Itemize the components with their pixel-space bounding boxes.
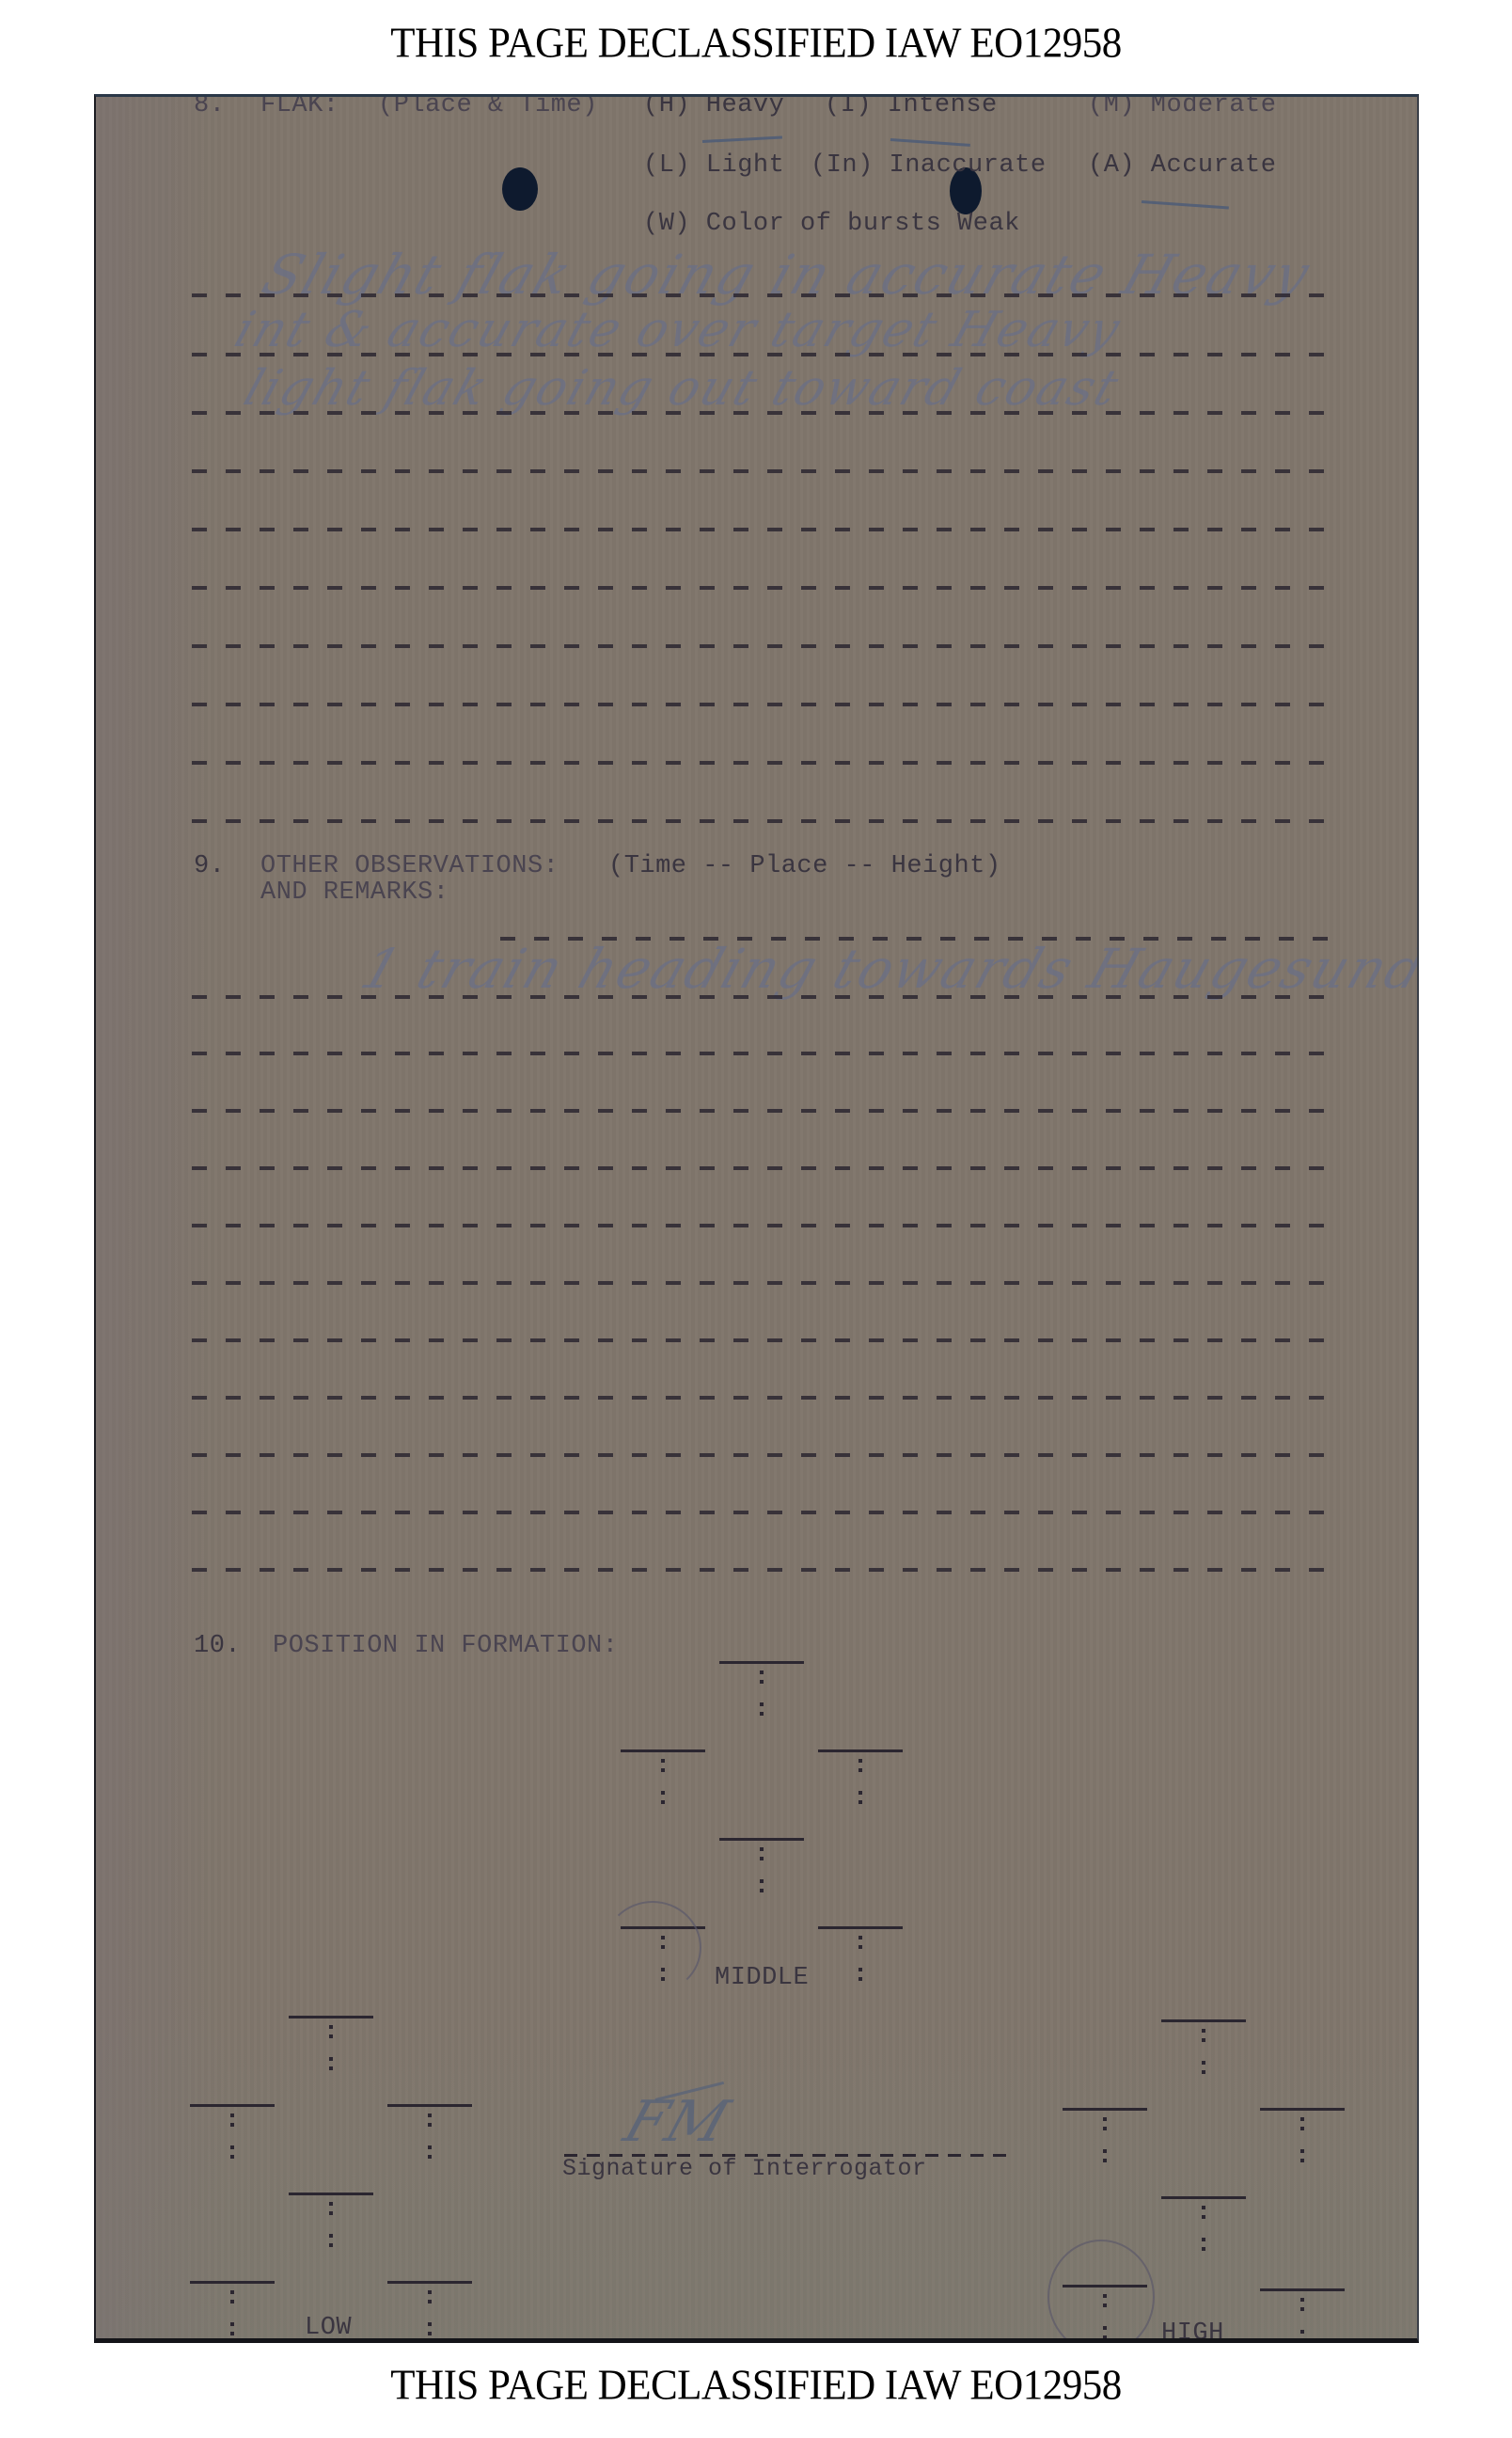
interrogation-form-page: 8. FLAK: (Place & Time) (H) Heavy (I) In… xyxy=(94,94,1419,2343)
flak-entry-line xyxy=(192,293,1333,297)
selection-underline-heavy xyxy=(702,136,782,143)
flak-option-color-weak: (W) Color of bursts Weak xyxy=(643,210,1020,238)
remarks-entry-line xyxy=(192,1453,1333,1457)
position-circle-mark xyxy=(604,1901,701,1994)
section-8-number: 8. xyxy=(194,94,225,119)
flak-entry-line xyxy=(192,761,1333,765)
formation-position-middle-left xyxy=(621,1749,705,1825)
section-9-params: (Time -- Place -- Height) xyxy=(608,852,1001,880)
formation-position-middle-right xyxy=(818,1749,903,1825)
formation-position-low-right xyxy=(387,2104,472,2179)
remarks-entry-line xyxy=(192,1052,1333,1055)
flak-entry-line xyxy=(192,586,1333,590)
group-label-middle: MIDDLE xyxy=(715,1964,809,1992)
formation-position-low-low-left xyxy=(190,2281,275,2343)
signature-label: Signature of Interrogator xyxy=(562,2155,927,2182)
formation-position-middle-low-right xyxy=(818,1926,903,2002)
selection-underline-accurate xyxy=(1142,200,1229,209)
section-8-label: FLAK: xyxy=(260,94,339,119)
remarks-entry-line xyxy=(192,1281,1333,1285)
flak-option-inaccurate: (In) Inaccurate xyxy=(811,151,1047,180)
flak-entry-line xyxy=(192,703,1333,706)
flak-option-heavy: (H) Heavy xyxy=(643,94,784,119)
group-label-low: LOW xyxy=(305,2314,352,2342)
section-10-number: 10. xyxy=(194,1632,241,1660)
formation-position-high-left xyxy=(1063,2108,1147,2183)
declassified-banner-top: THIS PAGE DECLASSIFIED IAW EO12958 xyxy=(0,20,1512,68)
handwritten-flak-line-3: light flak going out toward coast xyxy=(237,360,1126,417)
flak-entry-line xyxy=(192,353,1333,356)
flak-entry-line xyxy=(192,819,1333,823)
remarks-entry-line xyxy=(192,1568,1333,1572)
section-9-number: 9. xyxy=(194,852,225,880)
flak-option-light: (L) Light xyxy=(643,151,784,180)
formation-position-high-slot xyxy=(1161,2196,1246,2272)
punch-hole xyxy=(502,167,538,211)
section-9-label: OTHER OBSERVATIONS: xyxy=(260,852,559,880)
flak-option-moderate: (M) Moderate xyxy=(1088,94,1276,119)
position-circle-mark xyxy=(1047,2240,1155,2343)
formation-position-low-lead xyxy=(289,2016,373,2091)
formation-position-low-low-right xyxy=(387,2281,472,2343)
handwritten-remarks-line-1: 1 train heading towards Haugesund xyxy=(354,937,1419,1001)
remarks-entry-line xyxy=(192,1224,1333,1227)
flak-entry-line xyxy=(192,469,1333,473)
remarks-entry-line xyxy=(192,995,1333,999)
formation-position-high-low-right xyxy=(1260,2288,1345,2343)
formation-position-middle-lead xyxy=(719,1661,804,1736)
formation-position-low-slot xyxy=(289,2193,373,2268)
formation-position-middle-slot xyxy=(719,1838,804,1913)
section-9-label-line-2: AND REMARKS: xyxy=(260,879,449,907)
flak-entry-line xyxy=(192,528,1333,531)
interrogator-initials: FM xyxy=(617,2089,739,2155)
remarks-entry-line xyxy=(192,1109,1333,1113)
group-label-high: HIGH xyxy=(1161,2319,1224,2343)
formation-position-low-left xyxy=(190,2104,275,2179)
formation-position-high-right xyxy=(1260,2108,1345,2183)
flak-entry-line xyxy=(192,644,1333,648)
handwritten-flak-line-2: int & accurate over target Heavy xyxy=(228,302,1128,358)
flak-option-accurate: (A) Accurate xyxy=(1088,151,1276,180)
remarks-entry-line xyxy=(192,1338,1333,1342)
section-10-label: POSITION IN FORMATION: xyxy=(273,1632,618,1660)
remarks-entry-line xyxy=(192,1511,1333,1514)
remarks-entry-line xyxy=(192,1166,1333,1170)
section-8-place-time: (Place & Time) xyxy=(378,94,598,119)
formation-position-high-lead xyxy=(1161,2019,1246,2095)
declassified-banner-bottom: THIS PAGE DECLASSIFIED IAW EO12958 xyxy=(0,2362,1512,2410)
flak-option-intense: (I) Intense xyxy=(825,94,998,119)
selection-underline-intense xyxy=(890,138,970,147)
flak-entry-line xyxy=(192,411,1333,415)
remarks-entry-line xyxy=(192,1396,1333,1400)
